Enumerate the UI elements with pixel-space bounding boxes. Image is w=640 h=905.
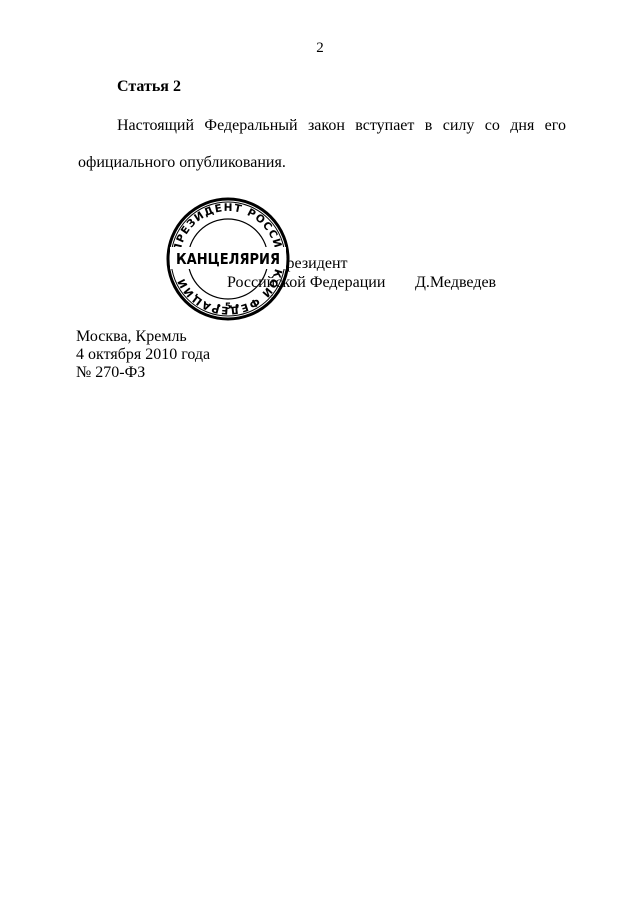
signatory-name: Д.Медведев (415, 274, 496, 292)
svg-text:• 5 •: • 5 • (216, 302, 240, 312)
word: со (485, 117, 500, 135)
word: дня (510, 117, 534, 135)
word: Настоящий (117, 117, 194, 135)
signing-date: 4 октября 2010 года (76, 346, 210, 364)
word: его (545, 117, 566, 135)
law-number: № 270-ФЗ (76, 364, 210, 382)
word: вступает (355, 117, 414, 135)
official-stamp-icon: ПРЕЗИДЕНТ РОССИЙСКОЙ ФЕДЕРАЦИИ • 5 • КАН… (166, 197, 290, 321)
article-title: Статья 2 (117, 78, 181, 96)
signing-details: Москва, Кремль 4 октября 2010 года № 270… (76, 328, 210, 382)
word: закон (308, 117, 345, 135)
stamp-center-text: КАНЦЕЛЯРИЯ (176, 250, 280, 268)
word: силу (443, 117, 475, 135)
paragraph-line-1: Настоящий Федеральный закон вступает в с… (117, 117, 566, 135)
paragraph-line-2: официального опубликования. (78, 154, 286, 172)
page-number: 2 (0, 40, 640, 57)
word: Федеральный (204, 117, 297, 135)
signing-place: Москва, Кремль (76, 328, 210, 346)
word: в (425, 117, 433, 135)
